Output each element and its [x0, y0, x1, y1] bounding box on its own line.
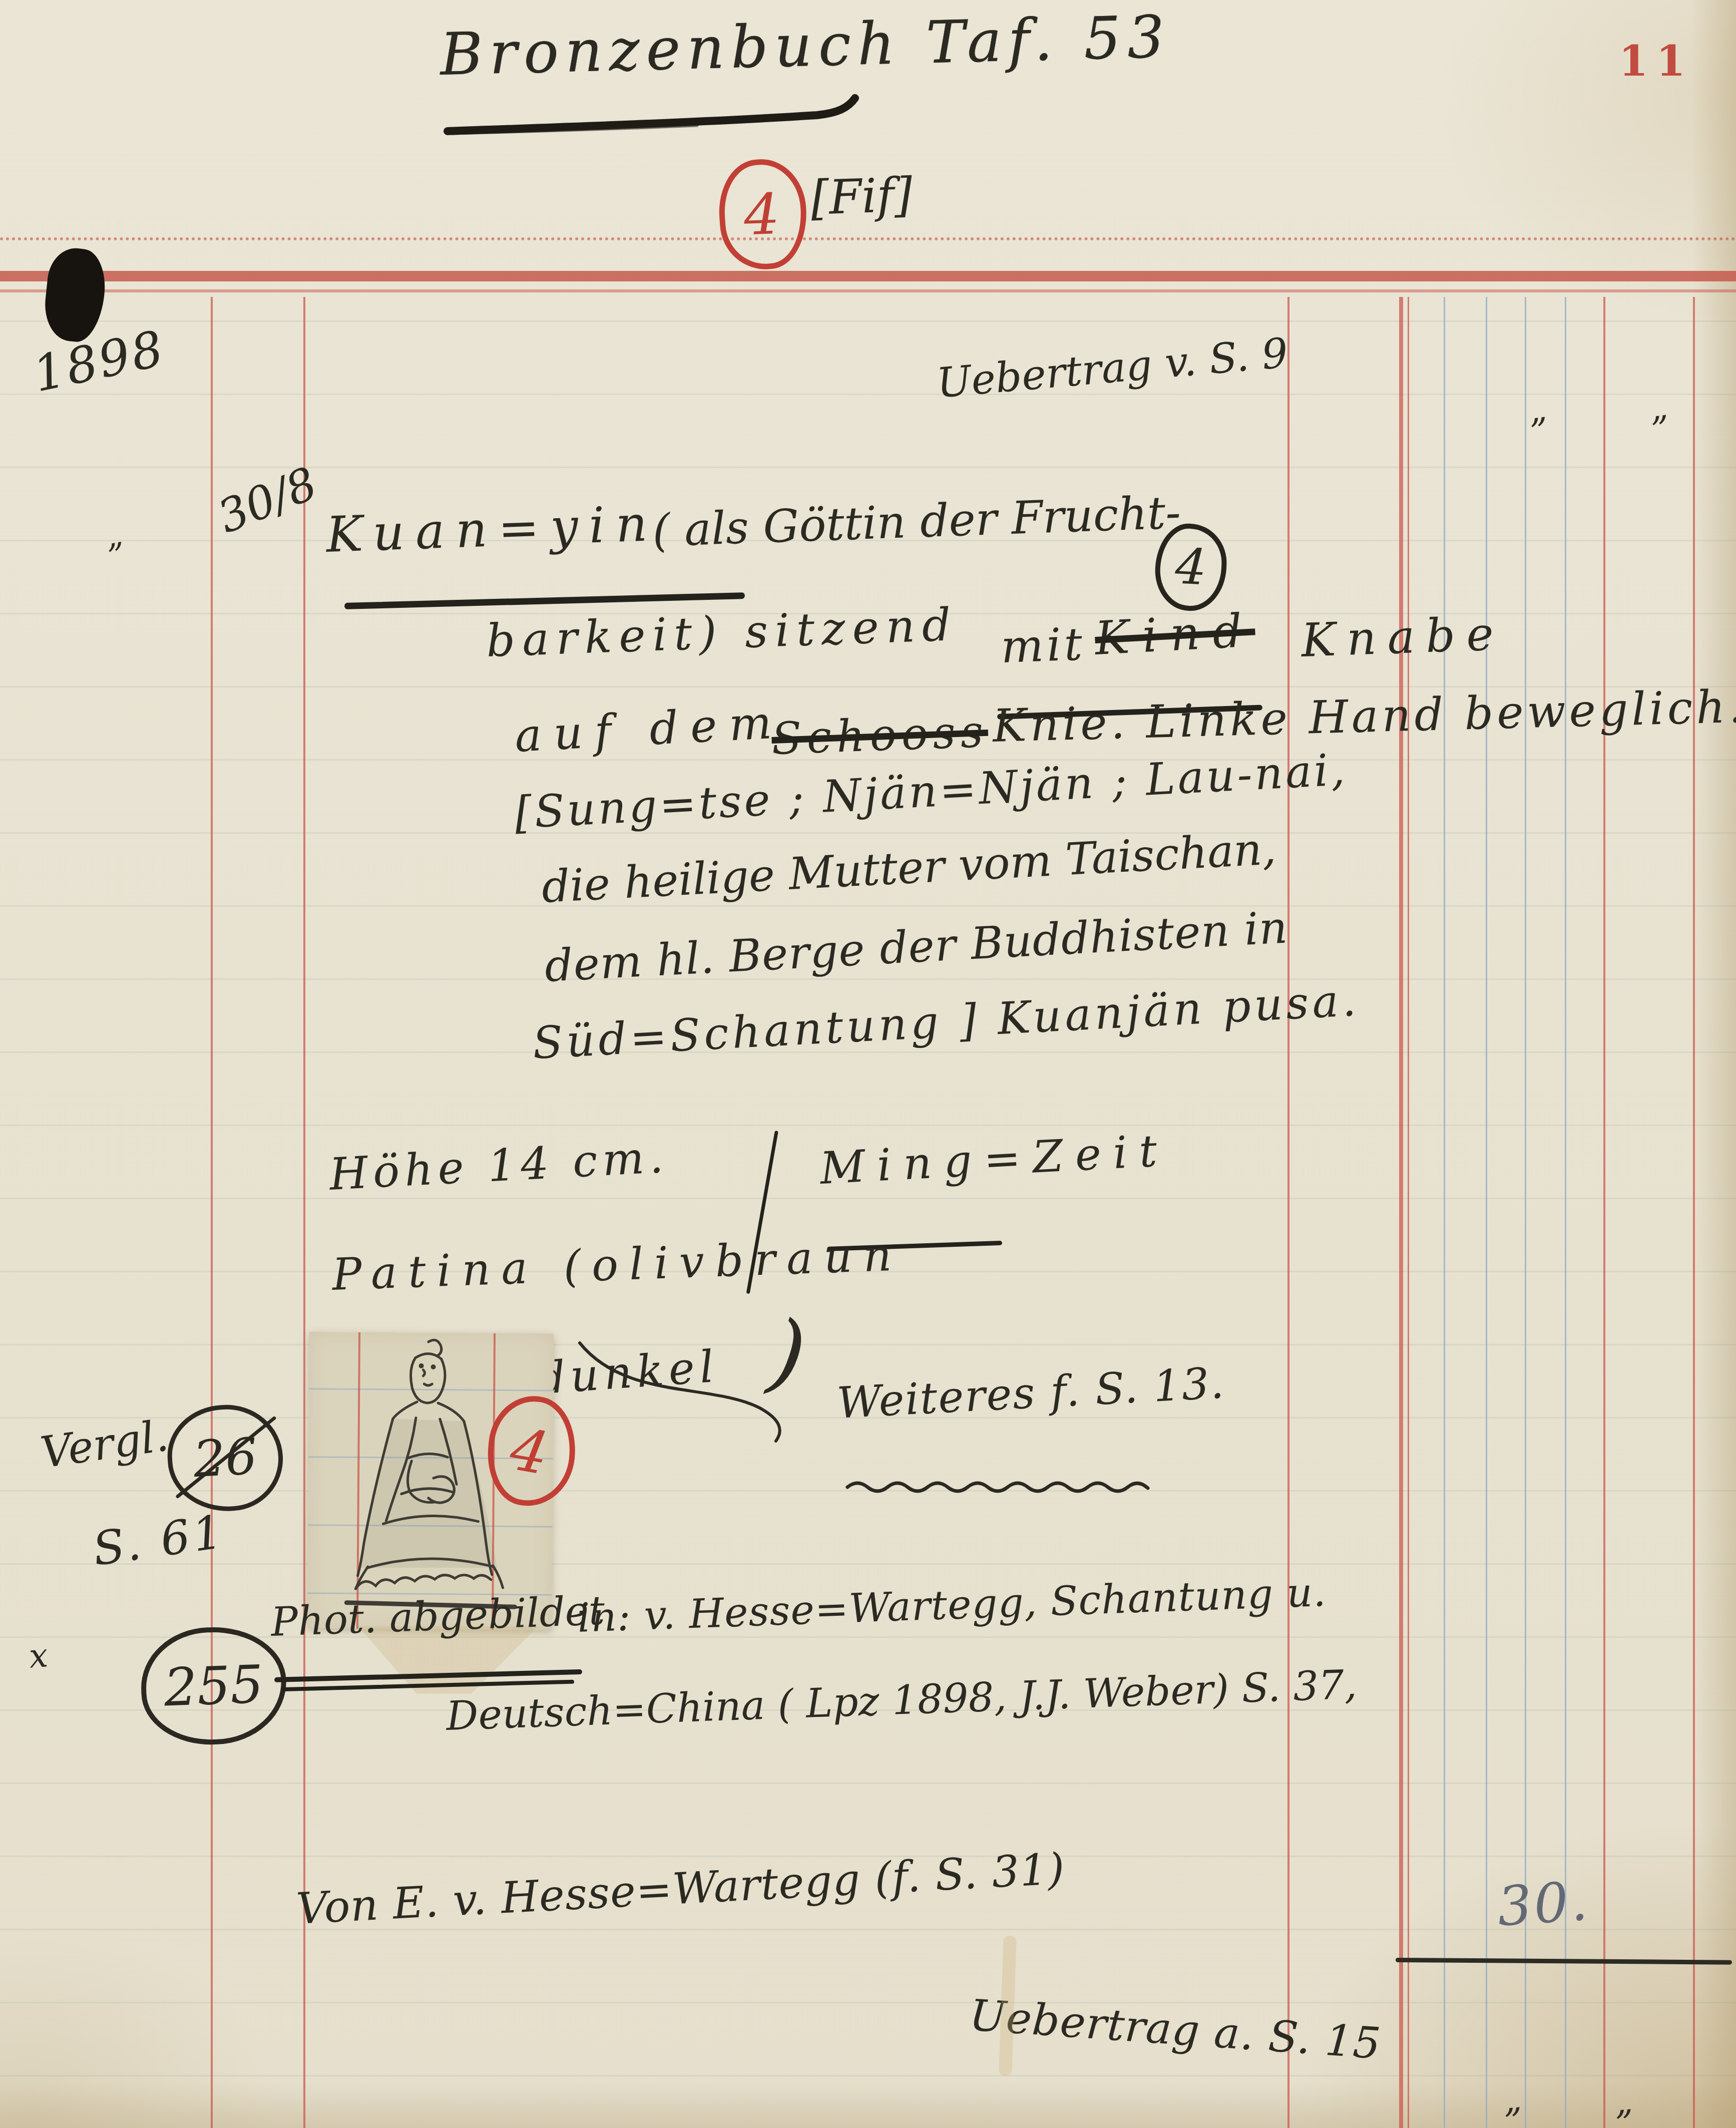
column-rule-red-right-2 — [1693, 297, 1695, 2128]
column-rule-red-right-1 — [1603, 297, 1605, 2128]
sketch-number: 4 — [506, 1420, 553, 1484]
ledger-page: Bronzenbuch Taf. 53 4 [Fif] 11 1898 „ 30… — [0, 0, 1736, 2128]
entry-line3-start: auf dem — [514, 700, 785, 759]
carry-bottom-ditto-2: „ — [1613, 2083, 1634, 2120]
title-underline — [437, 96, 902, 151]
entry-line2-struck-word: Kind — [1094, 607, 1256, 662]
entry-name: Kuan=yin — [325, 499, 659, 560]
column-rule-red-double-b — [1408, 297, 1409, 2128]
column-rule-red-left-2 — [303, 297, 305, 2128]
column-rule-blue-1 — [1444, 297, 1445, 2128]
column-rule-red-mid — [1287, 297, 1289, 2128]
page-title: Bronzenbuch Taf. 53 — [440, 8, 1171, 84]
column-rule-red-double-a — [1399, 297, 1403, 2128]
entry-line2-end: Knabe — [1300, 611, 1505, 664]
column-rule-blue-3 — [1525, 297, 1526, 2128]
red-band-rule — [0, 271, 1736, 281]
entry-line2-mit: mit — [1000, 622, 1086, 670]
item-number: 4 — [1174, 542, 1207, 592]
compare-number: 255 — [163, 1658, 264, 1714]
plate-number-circle: 4 — [716, 156, 810, 272]
carry-bottom-ditto-1: „ — [1502, 2081, 1523, 2118]
column-rule-blue-4 — [1565, 297, 1566, 2128]
page-number: 11 — [1619, 40, 1693, 82]
column-rule-blue-2 — [1486, 297, 1487, 2128]
plate-number: 4 — [743, 186, 781, 243]
red-thin-rule — [0, 289, 1736, 292]
x-mark: x — [28, 1639, 49, 1673]
column-rule-red-left-1 — [211, 297, 213, 2128]
more-ref-wavy-underline — [845, 1473, 1185, 1498]
entry-line3-struck-word: Schooss — [771, 710, 989, 761]
price-value: 30. — [1496, 1874, 1591, 1935]
photo-cited-underlined: Phot. abgebildet — [270, 1591, 605, 1642]
red-dotted-rule — [0, 237, 1736, 240]
plate-annotation: [Fif] — [810, 172, 914, 222]
